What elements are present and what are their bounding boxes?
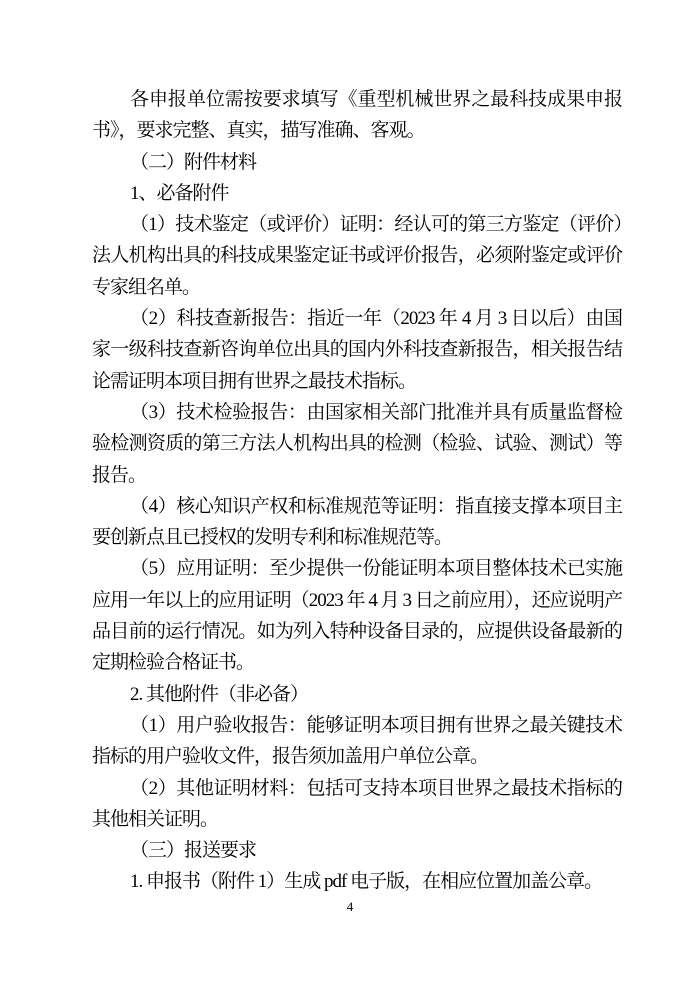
paragraph: （1）技术鉴定（或评价）证明：经认可的第三方鉴定（评价）法人机构出具的科技成果鉴…	[92, 209, 622, 303]
paragraph: （5）应用证明：至少提供一份能证明本项目整体技术已实施应用一年以上的应用证明（2…	[92, 553, 622, 678]
paragraph: 1. 申报书（附件 1）生成 pdf 电子版，在相应位置加盖公章。	[92, 866, 622, 897]
paragraph: （二）附件材料	[92, 147, 622, 178]
page-footer: 4	[0, 898, 700, 916]
paragraph: 各申报单位需按要求填写《重型机械世界之最科技成果申报书》，要求完整、真实，描写准…	[92, 84, 622, 147]
document-page: 各申报单位需按要求填写《重型机械世界之最科技成果申报书》，要求完整、真实，描写准…	[0, 0, 700, 990]
paragraph: （2）其他证明材料：包括可支持本项目世界之最技术指标的其他相关证明。	[92, 773, 622, 836]
paragraph: 2. 其他附件（非必备）	[92, 679, 622, 710]
paragraph: （三）报送要求	[92, 835, 622, 866]
document-body: 各申报单位需按要求填写《重型机械世界之最科技成果申报书》，要求完整、真实，描写准…	[92, 84, 622, 898]
paragraph: （3）技术检验报告：由国家相关部门批准并具有质量监督检验检测资质的第三方法人机构…	[92, 397, 622, 491]
paragraph: 1、必备附件	[92, 178, 622, 209]
page-number: 4	[347, 899, 354, 914]
paragraph: （2）科技查新报告：指近一年（2023 年 4 月 3 日以后）由国家一级科技查…	[92, 303, 622, 397]
paragraph: （1）用户验收报告：能够证明本项目拥有世界之最关键技术指标的用户验收文件，报告须…	[92, 710, 622, 773]
paragraph: （4）核心知识产权和标准规范等证明：指直接支撑本项目主要创新点且已授权的发明专利…	[92, 491, 622, 554]
